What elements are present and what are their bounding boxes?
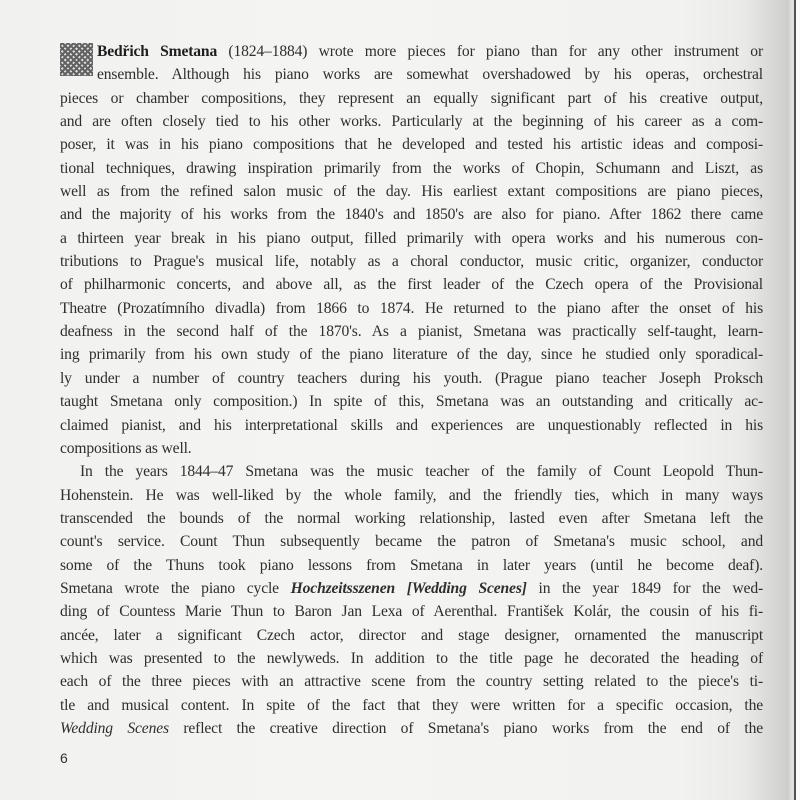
text-segment: and are often closely tied to his other …: [60, 113, 763, 130]
text-segment: and the majority of his works from the 1…: [60, 206, 763, 223]
text-segment: claimed pianist, and his interpretationa…: [60, 417, 763, 434]
text-line: of philharmonic concerts, and above all,…: [60, 273, 763, 296]
text-line: ding of Countess Marie Thun to Baron Jan…: [60, 600, 763, 623]
book-page: Bedřich Smetana (1824–1884) wrote more p…: [0, 0, 800, 800]
text-line: ly under a number of country teachers du…: [60, 367, 763, 390]
text-segment: transcended the bounds of the normal wor…: [60, 510, 763, 527]
text-segment: tional techniques, drawing inspiration p…: [60, 160, 763, 177]
text-line: some of the Thuns took piano lessons fro…: [60, 554, 763, 577]
text-segment: ding of Countess Marie Thun to Baron Jan…: [60, 603, 763, 620]
text-line: Theatre (Prozatímního divadla) from 1866…: [60, 297, 763, 320]
text-segment: a thirteen year break in his piano outpu…: [60, 230, 763, 247]
text-line: count's service. Count Thun subsequently…: [60, 530, 763, 553]
text-segment: well as from the refined salon music of …: [60, 183, 763, 200]
text-segment: Hohenstein. He was well-liked by the who…: [60, 487, 763, 504]
text-segment: taught Smetana only composition.) In spi…: [60, 393, 763, 410]
text-line: claimed pianist, and his interpretationa…: [60, 414, 763, 437]
checkered-square-icon: [60, 43, 93, 76]
paragraph: In the years 1844–47 Smetana was the mus…: [60, 460, 763, 740]
text-line: pieces or chamber compositions, they rep…: [60, 87, 763, 110]
text-line: well as from the refined salon music of …: [60, 180, 763, 203]
text-segment: Smetana wrote the piano cycle: [60, 580, 291, 597]
page-edge-line: [794, 0, 796, 800]
page-number: 6: [60, 750, 68, 766]
text-line: ancée, later a significant Czech actor, …: [60, 624, 763, 647]
text-line: poser, it was in his piano compositions …: [60, 133, 763, 156]
text-line: each of the three pieces with an attract…: [60, 670, 763, 693]
text-line: a thirteen year break in his piano outpu…: [60, 227, 763, 250]
text-segment: deafness in the second half of the 1870'…: [60, 323, 763, 340]
text-line: tional techniques, drawing inspiration p…: [60, 157, 763, 180]
emphasis-text: Bedřich Smetana: [97, 43, 217, 60]
text-line: and are often closely tied to his other …: [60, 110, 763, 133]
text-line: Bedřich Smetana (1824–1884) wrote more p…: [60, 40, 763, 63]
text-segment: (1824–1884) wrote more pieces for piano …: [217, 43, 763, 60]
text-line: compositions as well.: [60, 437, 763, 460]
text-line: ing primarily from his own study of the …: [60, 343, 763, 366]
text-line: transcended the bounds of the normal wor…: [60, 507, 763, 530]
text-segment: In the years 1844–47 Smetana was the mus…: [80, 463, 763, 480]
text-segment: some of the Thuns took piano lessons fro…: [60, 557, 763, 574]
text-line: Smetana wrote the piano cycle Hochzeitss…: [60, 577, 763, 600]
paragraph: Bedřich Smetana (1824–1884) wrote more p…: [60, 40, 763, 460]
text-line: Wedding Scenes reflect the creative dire…: [60, 717, 763, 740]
text-line: tributions to Prague's musical life, not…: [60, 250, 763, 273]
text-line: Hohenstein. He was well-liked by the who…: [60, 484, 763, 507]
text-segment: tributions to Prague's musical life, not…: [60, 253, 763, 270]
page-edge: [796, 0, 800, 800]
paragraphs: Bedřich Smetana (1824–1884) wrote more p…: [60, 40, 763, 740]
text-line: and the majority of his works from the 1…: [60, 203, 763, 226]
text-segment: ensemble. Although his piano works are s…: [97, 66, 763, 83]
text-line: ensemble. Although his piano works are s…: [60, 63, 763, 86]
text-line: tle and musical content. In spite of the…: [60, 694, 763, 717]
text-segment: tle and musical content. In spite of the…: [60, 697, 763, 714]
text-line: which was presented to the newlyweds. In…: [60, 647, 763, 670]
text-segment: Theatre (Prozatímního divadla) from 1866…: [60, 300, 763, 317]
text-segment: of philharmonic concerts, and above all,…: [60, 276, 763, 293]
text-line: In the years 1844–47 Smetana was the mus…: [60, 460, 763, 483]
article-body: Bedřich Smetana (1824–1884) wrote more p…: [60, 40, 763, 740]
text-segment: ing primarily from his own study of the …: [60, 346, 763, 363]
text-segment: each of the three pieces with an attract…: [60, 673, 763, 690]
text-segment: which was presented to the newlyweds. In…: [60, 650, 763, 667]
text-segment: poser, it was in his piano compositions …: [60, 136, 763, 153]
text-line: taught Smetana only composition.) In spi…: [60, 390, 763, 413]
text-segment: in the year 1849 for the wed-: [527, 580, 763, 597]
text-segment: count's service. Count Thun subsequently…: [60, 533, 763, 550]
emphasis-text: Wedding Scenes: [60, 720, 169, 737]
text-line: deafness in the second half of the 1870'…: [60, 320, 763, 343]
text-segment: pieces or chamber compositions, they rep…: [60, 90, 763, 107]
text-segment: compositions as well.: [60, 440, 192, 457]
text-segment: ly under a number of country teachers du…: [60, 370, 763, 387]
text-segment: ancée, later a significant Czech actor, …: [60, 627, 763, 644]
text-segment: reflect the creative direction of Smetan…: [169, 720, 763, 737]
emphasis-text: Hochzeitsszenen [Wedding Scenes]: [291, 580, 527, 597]
